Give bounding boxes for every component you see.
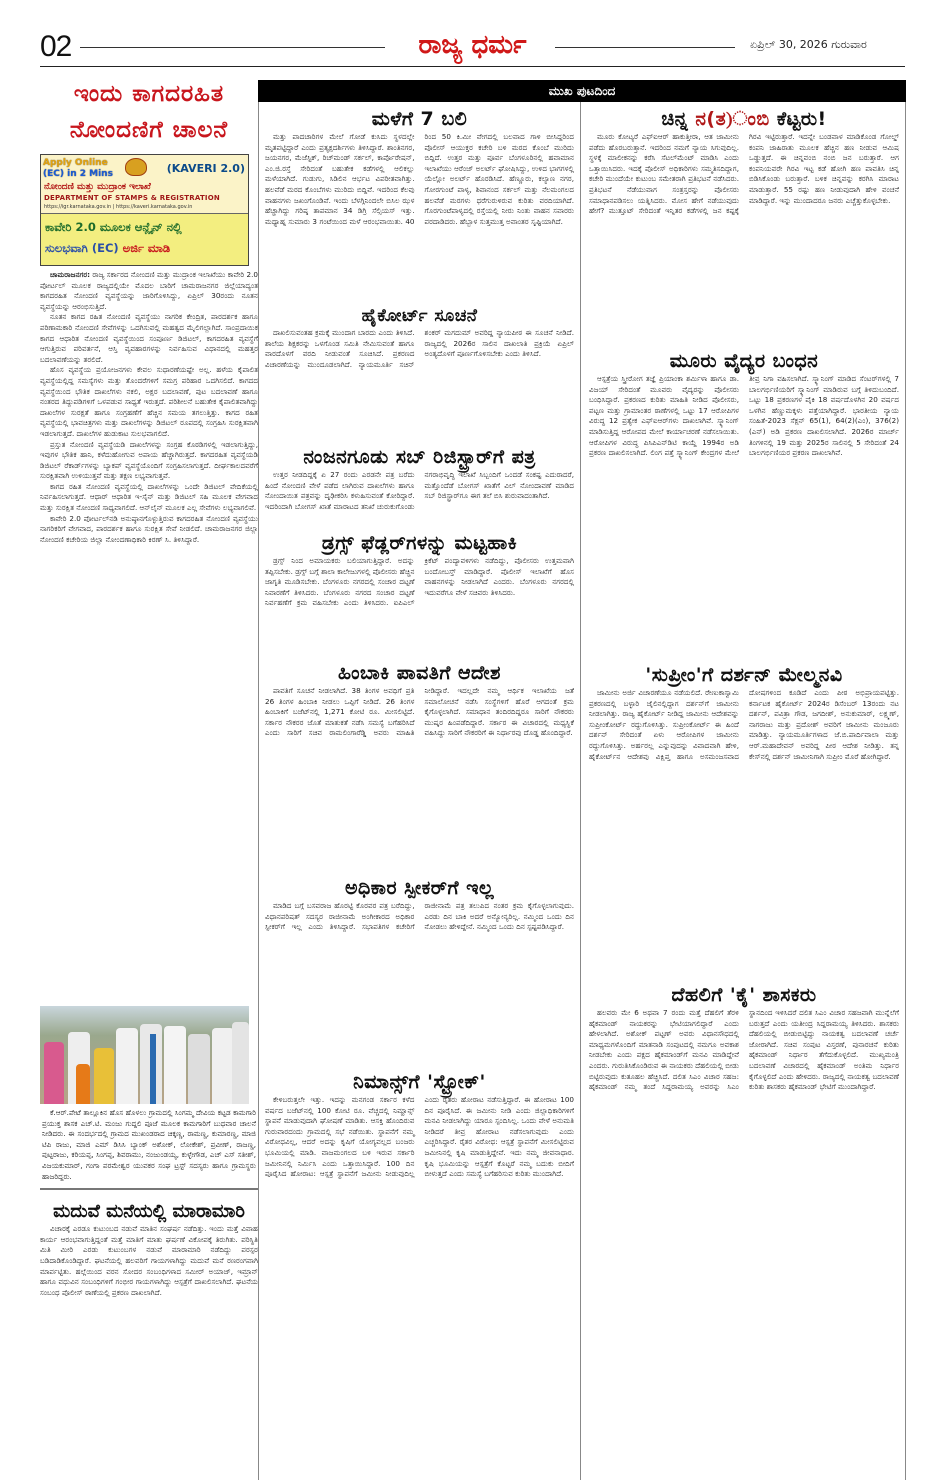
headline-part: ಚಿನ್ನ <box>661 108 688 130</box>
ad-line1: ಕಾವೇರಿ 2.0 ಮೂಲಕ ಆನ್ಲೈನ್ ನಲ್ಲಿ <box>45 217 244 237</box>
story-headline: 'ಸುಪ್ರೀಂ'ಗೆ ದರ್ಶನ್ ಮೇಲ್ಮನವಿ <box>589 662 899 688</box>
masthead: 02 ರಾಜ್ಯ ಧರ್ಮ ಏಪ್ರಿಲ್ 30, 2026 ಗುರುವಾರ <box>0 0 945 70</box>
photo-figure <box>164 1026 186 1104</box>
issue-date: ಏಪ್ರಿಲ್ 30, 2026 ಗುರುವಾರ <box>750 38 867 52</box>
ad-line2-a: ಸುಲಭವಾಗಿ <box>45 241 88 255</box>
ad-apply-line1: Apply Online <box>43 158 113 169</box>
photo-story: ಕೆ.ಆರ್.ಪೇಟೆ ತಾಲ್ಲೂಕಿನ ಹೊಸ ಹೊಳಲು ಗ್ರಾಮದಲ್… <box>40 1006 258 1190</box>
photo-figure <box>76 1064 90 1104</box>
story-body: ಮಾಡಿದ ಬಗ್ಗೆ ಬಸವರಾಜ ಹೊರಟ್ಟಿ ಕೊರವರ ಪತ್ರ ಬರ… <box>265 901 574 1065</box>
story-headline: ಹೈಕೋರ್ಟ್ ಸೂಚನೆ <box>265 304 574 328</box>
right-column: ಚಿನ್ನ ನ(ತ)ಂಬಿ ಕೆಟ್ಟರು! ಮೂರು ಕೋಟ್ಯರೆ ಎಫ್‌… <box>583 102 906 1480</box>
article-paragraph: ನೂತನ ಕಾಗದ ರಹಿತ ನೋಂದಣಿ ವ್ಯವಸ್ಥೆಯು ನಾಗರಿಕ … <box>40 312 258 365</box>
masthead-rule-left <box>80 47 385 48</box>
story-body: ಹಲವರು ಮೇ 6 ಅಥವಾ 7 ರಂದು ಮತ್ತೆ ದೆಹಲಿಗೆ ತೆರ… <box>589 1008 899 1453</box>
story-headline: ದೆಹಲಿಗೆ 'ಕೈ' ಶಾಸಕರು <box>589 982 899 1008</box>
photo-caption: ಕೆ.ಆರ್.ಪೇಟೆ ತಾಲ್ಲೂಕಿನ ಹೊಸ ಹೊಳಲು ಗ್ರಾಮದಲ್… <box>40 1108 258 1182</box>
photo-figure <box>188 1034 210 1104</box>
ad-department-english: DEPARTMENT OF STAMPS & REGISTRATION <box>44 194 220 202</box>
ad-kaveri-label: (KAVERI 2.0) <box>167 162 245 175</box>
article-paragraph: ಚಾಮರಾಜನಗರ: ರಾಜ್ಯ ಸರ್ಕಾರದ ನೋಂದಣಿ ಮತ್ತು ಮು… <box>40 270 258 312</box>
ad-apply-line2: (EC) in 2 Mins <box>43 169 113 179</box>
story-body: ಮೂರು ಕೋಟ್ಯರೆ ಎಫ್‌ಐಆರ್ ಹಾಕುತ್ತೀರಾ, ಆತ ಜಾಮ… <box>589 132 899 344</box>
article-paragraph: ಕಾವೇರಿ 2.0 ಪೋರ್ಟಲ್‌ನಡಿ ಅನುಷ್ಠಾನಗೊಳ್ಳುತ್ತ… <box>40 514 258 546</box>
article-paragraph: ಪ್ರಸ್ತುತ ನೋಂದಣಿ ವ್ಯವಸ್ಥೆಯಡಿ ದಾಖಲೆಗಳನ್ನು … <box>40 440 258 482</box>
story-body: ಆಸ್ಪತ್ರೆಯ ಸ್ತ್ರೀರೋಗ ತಜ್ಞೆ ಪ್ರಿಯಾಂಕಾ ಶರ್ಮ… <box>589 374 899 658</box>
story-body: ಪಾವತಿಗೆ ಸೂಚನೆ ನೀಡಲಾಗಿದೆ. 38 ತಿಂಗಳ ಅವಧಿಗೆ… <box>265 686 574 871</box>
ad-line2-b: (EC) <box>92 241 119 255</box>
news-photo <box>40 1006 249 1104</box>
ad-line2-c: ಅರ್ಜಿ ಮಾಡಿ <box>123 241 171 255</box>
headline-highlight: ನ(ತ)ಂಬಿ <box>695 108 769 130</box>
dateline: ಚಾಮರಾಜನಗರ: <box>50 270 90 279</box>
story-body: ಕೇಳಿಬರುತ್ತಲೇ ಇತ್ತು. ಇದನ್ನು ಮನಗಂಡ ಸರ್ಕಾರ … <box>265 1095 574 1435</box>
kaveri-advertisement: Apply Online (EC) in 2 Mins (KAVERI 2.0)… <box>40 154 249 266</box>
story-headline: ಚಿನ್ನ ನ(ತ)ಂಬಿ ಕೆಟ್ಟರು! <box>589 106 899 132</box>
story-body: ಮತ್ತು ಪಾದಚಾರಿಗಳ ಮೇಲೆ ಗೋಡೆ ಕುಸಿದು ಸ್ಥಳದಲ್… <box>265 132 574 300</box>
story-headline: ಅಧಿಕಾರ ಸ್ಪೀಕರ್‌ಗೆ ಇಲ್ಲ <box>265 875 574 901</box>
lead-headline: ಇಂದು ಕಾಗದರಹಿತ ನೋಂದಣಿಗೆ ಚಾಲನೆ <box>40 76 258 148</box>
ad-department-kannada: ನೋಂದಣಿ ಮತ್ತು ಮುದ್ರಾಂಕ ಇಲಾಖೆ <box>44 182 151 192</box>
story-body: ಡ್ರಗ್ಸ್ ನಿಂದ ಅಮಾಯಕರು ಬಲಿಯಾಗುತ್ತಿದ್ದಾರೆ. … <box>265 556 574 656</box>
photo-figure <box>44 1042 64 1104</box>
left-column: ಇಂದು ಕಾಗದರಹಿತ ನೋಂದಣಿಗೆ ಚಾಲನೆ Apply Onlin… <box>40 76 258 1414</box>
section-header: ಮುಖ ಪುಟದಿಂದ <box>258 80 906 102</box>
story-body: ಉತ್ತರ ನೀಡದಿದ್ದಕ್ಕೆ ಏ 27 ರಂದು ಎರಡನೇ ಪತ್ರ … <box>265 470 574 526</box>
story-headline: ಡ್ರಗ್ಸ್ ಫೆಡ್ಲರ್‌ಗಳನ್ನು ಮಟ್ಟಹಾಕಿ <box>265 530 574 556</box>
masthead-divider <box>40 66 905 67</box>
photo-figure <box>94 1048 114 1104</box>
photo-figure <box>212 1028 234 1104</box>
story-headline: ಮಳೆಗೆ 7 ಬಲಿ <box>265 106 574 132</box>
story-body: ಜಾಮೀನು ಅರ್ಜಿ ವಿಚಾರಣೆಯೂ ನಡೆಯಲಿದೆ. ರೇಣುಕಾಸ… <box>589 688 899 978</box>
ad-urls: https://igr.karnataka.gov.in | https://k… <box>44 204 192 210</box>
article-paragraph: ಹೊಸ ವ್ಯವಸ್ಥೆಯ ಪ್ರಯೋಜನಗಳು ಕೇವಲ ಸುಧಾರಣೆಯಷ್… <box>40 365 258 439</box>
story-headline: ಮೂರು ವೈದ್ಯರ ಬಂಧನ <box>589 348 899 374</box>
ad-line2: ಸುಲಭವಾಗಿ (EC) ಅರ್ಜಿ ಮಾಡಿ <box>45 237 244 259</box>
story-headline: ನಿಮಾನ್ಸ್‌ಗೆ 'ಸ್ಟ್ರೋಕ್' <box>265 1069 574 1095</box>
lead-headline-line2: ನೋಂದಣಿಗೆ ಚಾಲನೆ <box>40 112 258 148</box>
middle-column: ಮಳೆಗೆ 7 ಬಲಿ ಮತ್ತು ಪಾದಚಾರಿಗಳ ಮೇಲೆ ಗೋಡೆ ಕು… <box>258 102 581 1480</box>
photo-figure <box>116 1028 138 1104</box>
lead-headline-line1: ಇಂದು ಕಾಗದರಹಿತ <box>40 76 258 112</box>
masthead-rule-right <box>555 47 735 48</box>
photo-figure <box>232 1022 249 1104</box>
headline-part: ಕೆಟ್ಟರು! <box>777 108 827 130</box>
ad-apply-online: Apply Online (EC) in 2 Mins <box>43 158 113 180</box>
article-paragraph: ಕಾಗದ ರಹಿತ ನೋಂದಣಿ ವ್ಯವಸ್ಥೆಯಲ್ಲಿ ದಾಖಲೆಗಳನ್… <box>40 482 258 514</box>
ad-body: ಕಾವೇರಿ 2.0 ಮೂಲಕ ಆನ್ಲೈನ್ ನಲ್ಲಿ ಸುಲಭವಾಗಿ (… <box>41 213 248 266</box>
lead-article-body: ಚಾಮರಾಜನಗರ: ರಾಜ್ಯ ಸರ್ಕಾರದ ನೋಂದಣಿ ಮತ್ತು ಮು… <box>40 270 258 998</box>
story-body: ವಿಚಾರಕ್ಕೆ ಎರಡೂ ಕುಟುಂಬದ ನಡುವೆ ಮಾತಿನ ಸಂಘರ್… <box>40 1224 258 1414</box>
newspaper-logo: ರಾಜ್ಯ ಧರ್ಮ <box>395 30 550 61</box>
story-headline: ಮದುವೆ ಮನೆಯಲ್ಲಿ ಮಾರಾಮಾರಿ <box>40 1200 258 1224</box>
story-body: ದಾಖಲಿಸುವಂತಹ ಕ್ರಮಕ್ಕೆ ಮುಂದಾಗ ಬಾರದು ಎಂದು ತ… <box>265 328 574 440</box>
story-headline: ಹಿಂಬಾಕಿ ಪಾವತಿಗೆ ಆದೇಶ <box>265 660 574 686</box>
photo-tool <box>150 1034 156 1104</box>
story-headline: ನಂಜನಗೂಡು ಸಬ್ ರಿಜಿಸ್ಟ್ರಾರ್‌ಗೆ ಪತ್ರ <box>265 444 574 470</box>
page-number: 02 <box>40 30 71 64</box>
ad-header: Apply Online (EC) in 2 Mins (KAVERI 2.0)… <box>41 155 248 213</box>
brand-name: ರಾಜ್ಯ ಧರ್ಮ <box>418 30 526 60</box>
karnataka-emblem-icon <box>125 158 147 176</box>
